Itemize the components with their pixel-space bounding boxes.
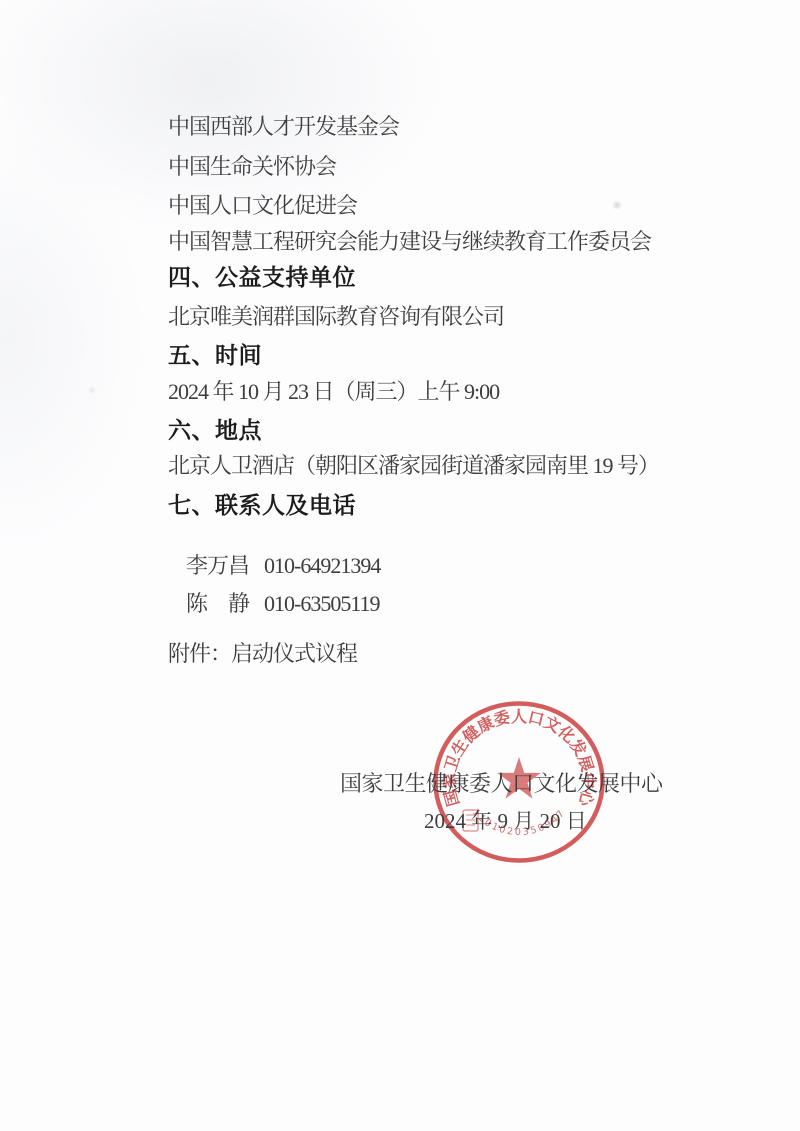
section-body-time: 2024 年 10 月 23 日（周三）上午 9:00 [168,375,499,406]
contact-row-2: 陈 静010-63505119 [168,561,380,644]
signature-date: 2024 年 9 月 20 日 [424,805,587,835]
section-heading-location: 六、地点 [168,412,262,445]
scanned-document-page: 中国西部人才开发基金会 中国生命关怀协会 中国人口文化促进会 中国智慧工程研究会… [0,0,800,1131]
contact-phone-2: 010-63505119 [264,591,380,616]
section-heading-public-support: 四、公益支持单位 [168,259,356,292]
attachment-note: 附件：启动仪式议程 [168,637,357,668]
section-heading-contacts: 七、联系人及电话 [168,487,356,520]
section-body-location: 北京人卫酒店（朝阳区潘家园街道潘家园南里 19 号） [168,449,659,480]
section-heading-time: 五、时间 [168,337,262,370]
section-body-public-support: 北京唯美润群国际教育咨询有限公司 [168,300,504,331]
contact-name-2: 陈 静 [186,587,264,618]
org-line-4: 中国智慧工程研究会能力建设与继续教育工作委员会 [168,225,651,256]
org-line-3: 中国人口文化促进会 [168,189,357,220]
org-line-1: 中国西部人才开发基金会 [168,110,399,141]
org-line-2: 中国生命关怀协会 [168,150,336,181]
signature-org: 国家卫生健康委人口文化发展中心 [340,767,663,798]
